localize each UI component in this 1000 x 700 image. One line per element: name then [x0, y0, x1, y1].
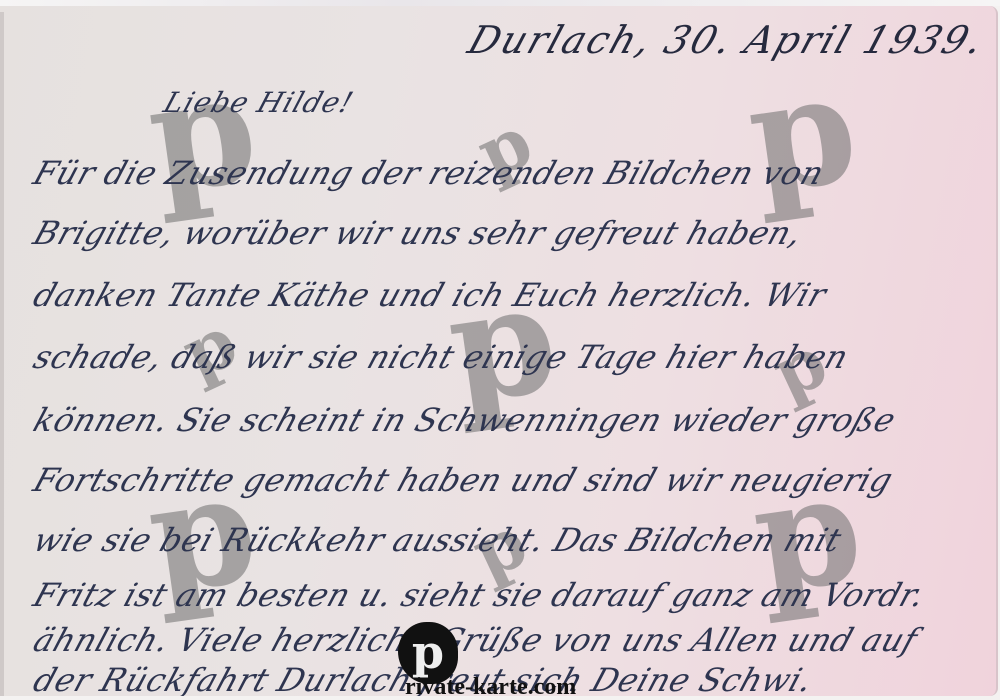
card-left-edge [0, 12, 4, 696]
date-line: Durlach, 30. April 1939. [463, 18, 991, 62]
watermark-p-icon: p [138, 40, 266, 229]
letter-line: schade, daß wir sie nicht einige Tage hi… [29, 338, 854, 376]
letter-line: wie sie bei Rückkehr aussieht. Das Bildc… [29, 521, 847, 559]
watermark-text: rivate-karte.com [405, 674, 576, 700]
letter-line: können. Sie scheint in Schwenningen wied… [29, 401, 901, 439]
watermark-p-icon: p [738, 40, 866, 229]
letter-line: Brigitte, worüber wir uns sehr gefreut h… [29, 214, 807, 252]
greeting: Liebe Hilde! [160, 86, 358, 119]
letter-line: Fortschritte gemacht haben und sind wir … [29, 461, 898, 499]
postcard: p p p p p p p p p Durlach, 30. April 193… [0, 6, 998, 696]
letter-line: danken Tante Käthe und ich Euch herzlich… [29, 276, 832, 314]
letter-line: Für die Zusendung der reizenden Bildchen… [29, 154, 829, 192]
letter-line: ähnlich. Viele herzliche Grüße von uns A… [29, 621, 922, 659]
letter-line: Fritz ist am besten u. sieht sie darauf … [29, 576, 930, 614]
